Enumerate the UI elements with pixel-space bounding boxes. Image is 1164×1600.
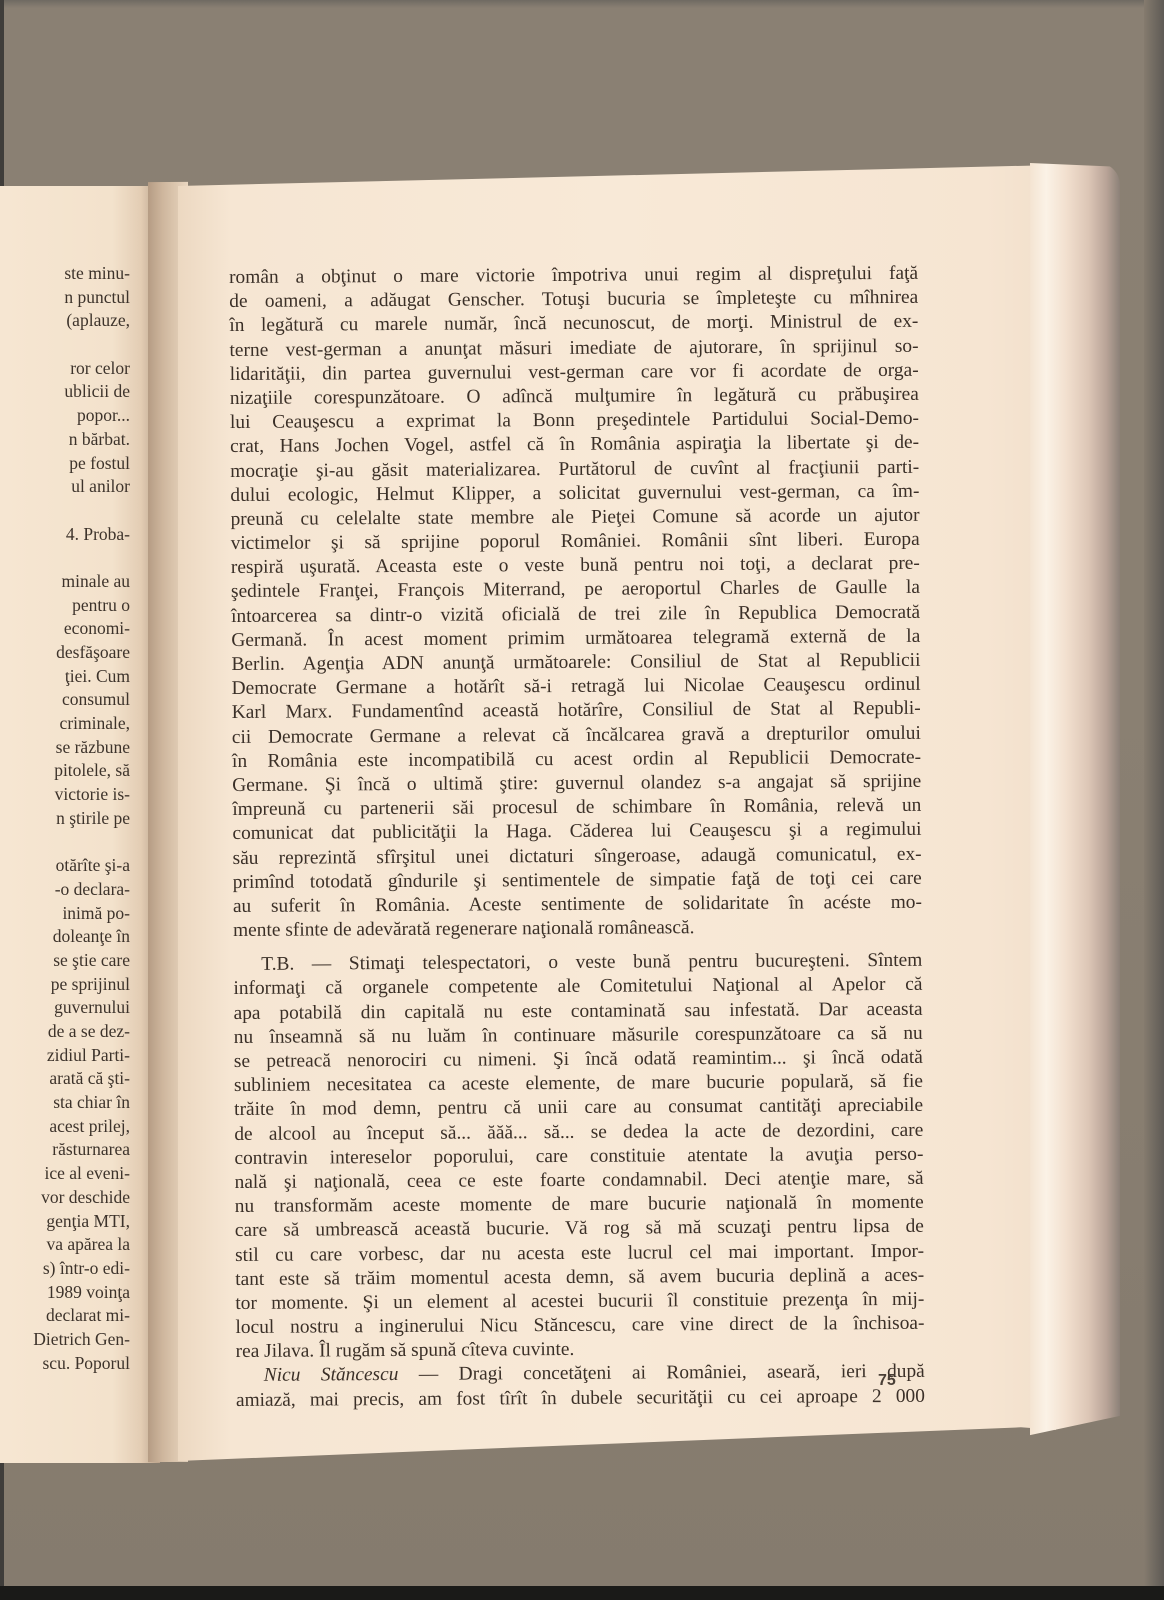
text-line: Nicu Stăncescu — Dragi concetăţeni ai Ro…	[236, 1360, 925, 1388]
text-line: se răzbune	[0, 736, 130, 760]
text-line: ror celor	[0, 357, 130, 381]
text-line: popor...	[0, 404, 130, 428]
text-line: ice al eveni-	[0, 1162, 130, 1186]
text-line: au suferit în România. Aceste sentimente…	[233, 891, 922, 919]
text-line: desfăşoare	[0, 641, 130, 665]
paragraph-nicu-stancescu: Nicu Stăncescu — Dragi concetăţeni ai Ro…	[236, 1360, 925, 1413]
text-line: n bărbat.	[0, 428, 130, 452]
text-line: 4. Proba-	[0, 523, 130, 547]
text-line: genţia MTI,	[0, 1210, 130, 1234]
text-line: Karl Marx. Fundamentînd această hotărîre…	[232, 697, 921, 725]
right-page-body-text: român a obţinut o mare victorie împotriv…	[229, 262, 925, 1413]
text-line: Dietrich Gen-	[0, 1328, 130, 1352]
text-line: doleanţe în	[0, 925, 130, 949]
text-line: otărîte şi-a	[0, 854, 130, 878]
text-line: va apărea la	[0, 1233, 130, 1257]
text-line: se ştie care	[0, 949, 130, 973]
text-line: informaţi că organele competente ale Com…	[233, 973, 922, 1001]
text-line: pe sprijinul	[0, 973, 130, 997]
left-page-text-fragment: ste minu-n punctul(aplauze,ror celorubli…	[0, 262, 130, 1375]
page-number: 75	[878, 1372, 896, 1390]
text-line: economi-	[0, 617, 130, 641]
paragraph-news-report: român a obţinut o mare victorie împotriv…	[229, 262, 922, 943]
text-line: trăite în mod demn, pentru că unii care …	[234, 1094, 923, 1122]
text-line: pitolele, să	[0, 759, 130, 783]
speaker-name: Nicu Stăncescu	[264, 1364, 399, 1386]
text-line: pe fostul	[0, 452, 130, 476]
text-line: sta chiar în	[0, 1091, 130, 1115]
page-stack-edge	[1030, 163, 1120, 1448]
paragraph-tb-announcement: T.B. — Stimaţi telespectatori, o veste b…	[233, 949, 924, 1364]
text-line: ul anilor	[0, 475, 130, 499]
text-line: vor deschide	[0, 1186, 130, 1210]
text-line: (aplauze,	[0, 309, 130, 333]
text-line: victorie is-	[0, 783, 130, 807]
text-line: ublicii de	[0, 380, 130, 404]
text-line: răsturnarea	[0, 1138, 130, 1162]
text-line: n ştirile pe	[0, 807, 130, 831]
text-line: consumul	[0, 688, 130, 712]
text-line: ste minu-	[0, 262, 130, 286]
text-line: de a se dez-	[0, 1020, 130, 1044]
text-line: care să umbrească această bucurie. Vă ro…	[235, 1215, 924, 1243]
speech-text: — Dragi concetăţeni ai României, aseară,…	[398, 1361, 925, 1385]
text-line: acest prilej,	[0, 1115, 130, 1139]
text-line: inimă po-	[0, 902, 130, 926]
text-line: declarat mi-	[0, 1304, 130, 1328]
text-line: s) într-o edi-	[0, 1257, 130, 1281]
text-line: ţiei. Cum	[0, 665, 130, 689]
text-line	[0, 333, 130, 357]
text-line: crat, Hans Jochen Vogel, astfel că în Ro…	[230, 431, 919, 459]
text-line: locul nostru a inginerului Nicu Stăncesc…	[235, 1312, 924, 1340]
text-line: guvernului	[0, 996, 130, 1020]
text-line: şedintele Franţei, François Miterrand, p…	[231, 576, 920, 604]
text-line	[0, 831, 130, 855]
text-line: 1989 voinţa	[0, 1281, 130, 1305]
text-line: în legătură cu marele număr, încă necuno…	[229, 310, 918, 338]
text-line: pentru o	[0, 594, 130, 618]
text-line: criminale,	[0, 712, 130, 736]
book-spread: ste minu-n punctul(aplauze,ror celorubli…	[0, 0, 1164, 1600]
text-line: -o declara-	[0, 878, 130, 902]
text-line: minale au	[0, 570, 130, 594]
text-line: n punctul	[0, 286, 130, 310]
text-line: scu. Poporul	[0, 1352, 130, 1376]
text-line: comunicat dat publicităţii la Haga. Căde…	[232, 818, 921, 846]
text-line: arată că şti-	[0, 1067, 130, 1091]
text-line	[0, 546, 130, 570]
text-line	[0, 499, 130, 523]
text-line: amiază, mai precis, am fost tîrît în dub…	[236, 1384, 925, 1412]
text-line: zidiul Parti-	[0, 1044, 130, 1068]
